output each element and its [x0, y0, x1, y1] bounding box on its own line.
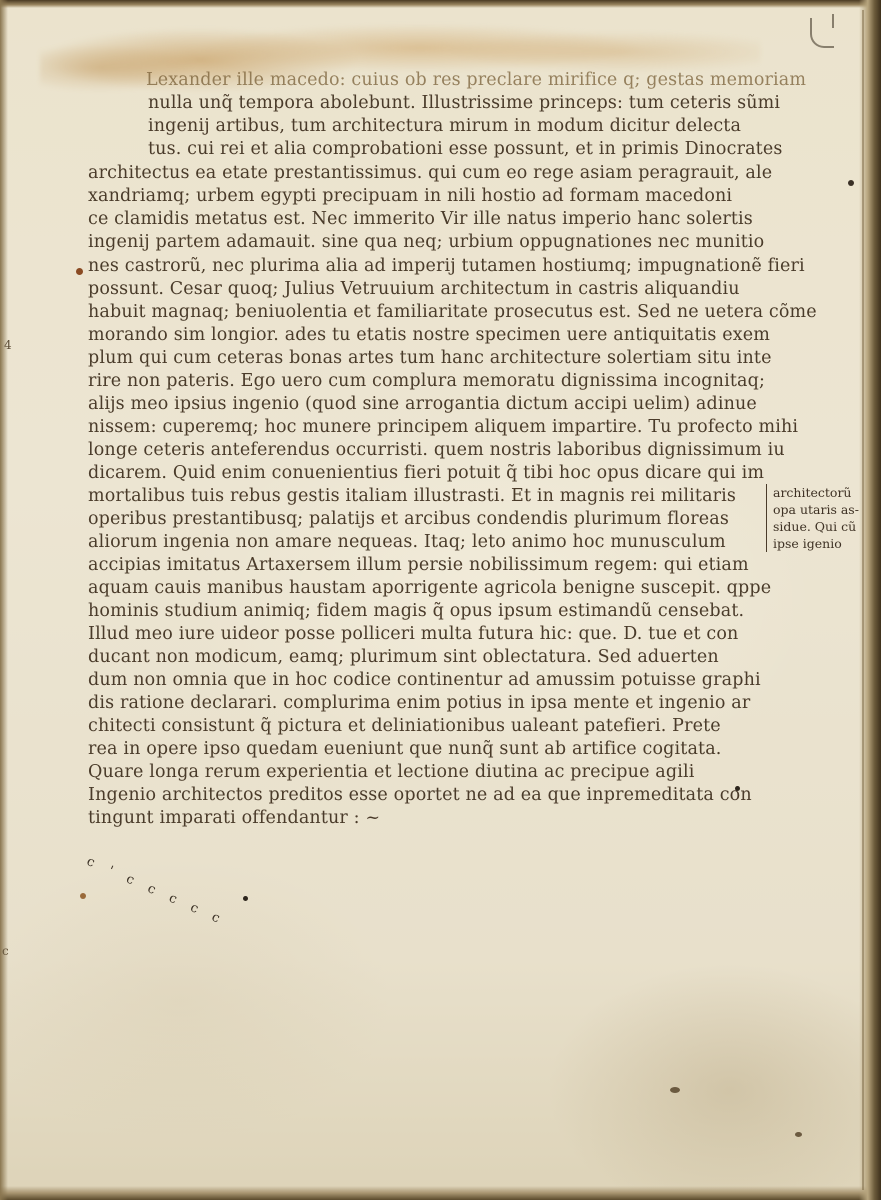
stain-spot [848, 180, 854, 186]
text-line: ingenij artibus, tum architectura mirum … [148, 116, 741, 136]
text-line: ducant non modicum, eamq; plurimum sint … [88, 647, 719, 667]
text-line: mortalibus tuis rebus gestis italiam ill… [88, 486, 736, 506]
text-line: Ingenio architectos preditos esse oporte… [88, 785, 752, 805]
text-line: plum qui cum ceteras bonas artes tum han… [88, 348, 772, 368]
text-line: possunt. Cesar quoq; Julius Vetruuium ar… [88, 279, 740, 299]
stain-spot [670, 1087, 680, 1093]
stain-spot [795, 1132, 802, 1137]
text-line: morando sim longior. ades tu etatis nost… [88, 325, 770, 345]
binding-fold [862, 10, 864, 1190]
text-line: rire non pateris. Ego uero cum complura … [88, 371, 765, 391]
text-line: architectus ea etate prestantissimus. qu… [88, 163, 772, 183]
pen-trial-marks: c ' c c c c c [84, 855, 227, 929]
text-line: hominis studium animiq; fidem magis q̃ o… [88, 601, 744, 621]
margin-note-line: architectorũ [773, 484, 881, 501]
text-line: ce clamidis metatus est. Nec immerito Vi… [88, 209, 753, 229]
text-line: alijs meo ipsius ingenio (quod sine arro… [88, 394, 757, 414]
ink-blot [76, 268, 83, 275]
text-line: nissem: cuperemq; hoc munere principem a… [88, 417, 798, 437]
text-line: tus. cui rei et alia comprobationi esse … [148, 139, 783, 159]
margin-mark-left: 4 [4, 338, 12, 352]
margin-note-line: ipse igenio [773, 535, 881, 552]
text-line: nulla unq̃ tempora abolebunt. Illustriss… [148, 93, 780, 113]
folio-number-mark [810, 18, 834, 48]
ink-dot [735, 786, 740, 791]
margin-mark-left-lower: c [2, 944, 9, 958]
margin-note-line: opa utaris as- [773, 501, 881, 518]
text-line: Quare longa rerum experientia et lection… [88, 762, 694, 782]
page-edge-bottom [0, 1186, 881, 1200]
stain-spot [80, 893, 86, 899]
text-line: Lexander ille macedo: cuius ob res precl… [146, 70, 806, 90]
text-line: accipias imitatus Artaxersem illum persi… [88, 555, 749, 575]
text-line: Illud meo iure uideor posse polliceri mu… [88, 624, 738, 644]
text-line: rea in opere ipso quedam eueniunt que nu… [88, 739, 722, 759]
page-edge-left [0, 0, 8, 1200]
marginal-annotation: architectorũ opa utaris as- sidue. Qui c… [766, 484, 881, 552]
page-edge-top [0, 0, 881, 8]
text-line: dum non omnia que in hoc codice continen… [88, 670, 761, 690]
text-line: dicarem. Quid enim conuenientius fieri p… [88, 463, 764, 483]
text-line: aquam cauis manibus haustam aporrigente … [88, 578, 771, 598]
manuscript-page: Lexander ille macedo: cuius ob res precl… [0, 0, 881, 1200]
text-line: xandriamq; urbem egypti precipuam in nil… [88, 186, 732, 206]
text-line: dis ratione declarari. complurima enim p… [88, 693, 750, 713]
margin-note-line: sidue. Qui cũ [773, 518, 881, 535]
text-line: habuit magnaq; beniuolentia et familiari… [88, 302, 817, 322]
text-line: longe ceteris anteferendus occurristi. q… [88, 440, 785, 460]
text-line: nes castrorũ, nec plurima alia ad imperi… [88, 256, 805, 276]
text-line: tingunt imparati offendantur : ~ [88, 808, 380, 828]
text-line: aliorum ingenia non amare nequeas. Itaq;… [88, 532, 726, 552]
text-line: ingenij partem adamauit. sine qua neq; u… [88, 232, 764, 252]
text-line: operibus prestantibusq; palatijs et arci… [88, 509, 729, 529]
ink-dot [243, 896, 248, 901]
text-line: chitecti consistunt q̃ pictura et delini… [88, 716, 721, 736]
